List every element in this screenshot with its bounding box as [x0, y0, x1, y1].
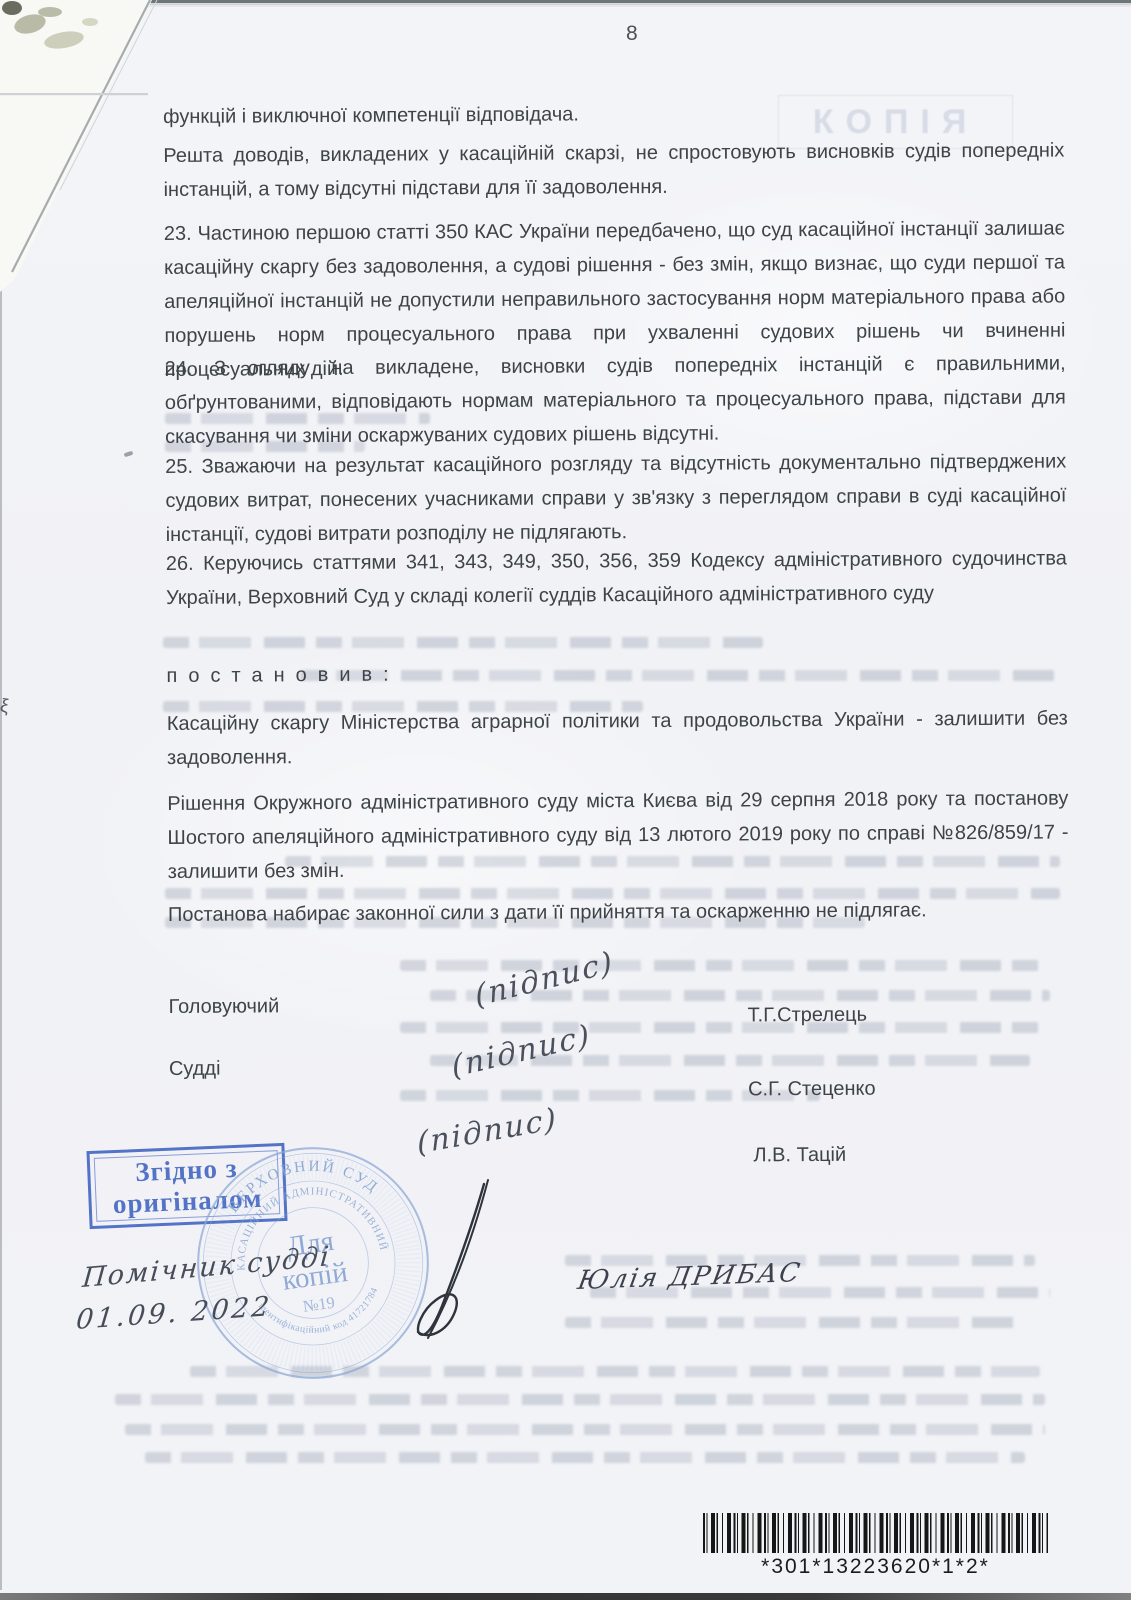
resolution-heading: постановив: [166, 664, 399, 688]
paragraph-24: 24. З огляду на викладене, висновки суді… [165, 346, 1067, 454]
judge-name: С.Г. Стеценко [748, 1078, 876, 1102]
judges-label: Судді [169, 1058, 221, 1081]
judge-name: Л.В. Тацій [753, 1144, 846, 1168]
barcode: *301*13223620*1*2* [703, 1513, 1048, 1579]
handwritten-flourish-signature [398, 1178, 528, 1343]
document-body: функцій і виключної компетенції відповід… [0, 0, 1131, 1600]
paragraph: функцій і виключної компетенції відповід… [163, 94, 1064, 134]
scanned-court-document-page: 8 КОПІЯ ξ функцій і виключної компетенці… [0, 0, 1131, 1600]
barcode-bars [703, 1513, 1048, 1553]
paragraph-26: 26. Керуючись статтями 341, 343, 349, 35… [166, 541, 1067, 615]
presiding-judge-label: Головуючий [168, 995, 279, 1019]
resolution-paragraph: Касаційну скаргу Міністерства аграрної п… [167, 701, 1068, 775]
seal-center-line3: №19 [302, 1293, 336, 1316]
judge-name: Т.Г.Стрелець [748, 1004, 867, 1028]
resolution-paragraph: Рішення Окружного адміністративного суду… [167, 781, 1069, 889]
paragraph: Решта доводів, викладених у касаційній с… [163, 133, 1064, 207]
barcode-text: *301*13223620*1*2* [703, 1555, 1048, 1579]
paragraph-25: 25. Зважаючи на результат касаційного ро… [165, 444, 1067, 552]
finality-paragraph: Постанова набирає законної сили з дати ї… [168, 892, 1069, 932]
